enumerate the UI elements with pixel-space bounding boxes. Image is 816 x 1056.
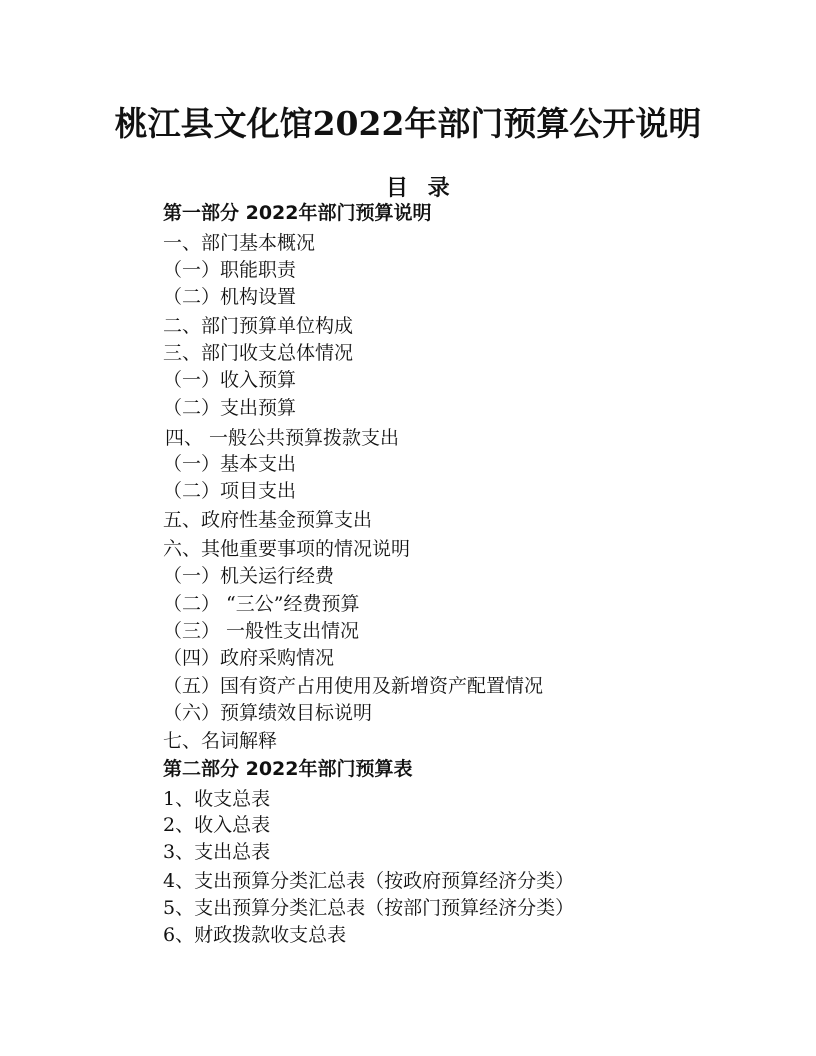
toc-entry: （一）机关运行经费 xyxy=(163,565,334,587)
toc-entry: 四、 一般公共预算拨款支出 xyxy=(165,427,399,449)
toc-part-heading: 第一部分 2022年部门预算说明 xyxy=(163,202,432,224)
toc-entry: （四）政府采购情况 xyxy=(163,647,334,669)
toc-entry: （一）收入预算 xyxy=(163,369,296,391)
toc-entry: 4、支出预算分类汇总表（按政府预算经济分类） xyxy=(163,870,574,892)
toc-entry: （三） 一般性支出情况 xyxy=(163,620,359,642)
toc-entry: 3、支出总表 xyxy=(163,841,270,863)
toc-entry: （一）基本支出 xyxy=(163,453,296,475)
toc-entry: 六、其他重要事项的情况说明 xyxy=(163,538,410,560)
toc-entry: 七、名词解释 xyxy=(163,730,277,752)
toc-heading: 目 录 xyxy=(386,171,456,202)
toc-entry: （五）国有资产占用使用及新增资产配置情况 xyxy=(163,675,543,697)
document-title: 桃江县文化馆2022年部门预算公开说明 xyxy=(0,98,816,145)
toc-entry: 五、政府性基金预算支出 xyxy=(163,509,372,531)
toc-entry: （六）预算绩效目标说明 xyxy=(163,702,372,724)
toc-entry: 三、部门收支总体情况 xyxy=(163,342,353,364)
toc-entry: 二、部门预算单位构成 xyxy=(163,315,353,337)
toc-entry: 1、收支总表 xyxy=(163,788,270,810)
toc-entry: （一）职能职责 xyxy=(163,259,296,281)
toc-entry: （二） “三公”经费预算 xyxy=(163,593,359,615)
toc-entry: 2、收入总表 xyxy=(163,814,270,836)
toc-entry: 一、部门基本概况 xyxy=(163,232,315,254)
toc-entry: 6、财政拨款收支总表 xyxy=(163,924,346,946)
toc-entry: （二）项目支出 xyxy=(163,480,296,502)
toc-entry: 5、支出预算分类汇总表（按部门预算经济分类） xyxy=(163,897,574,919)
toc-part-heading: 第二部分 2022年部门预算表 xyxy=(163,758,413,780)
toc-entry: （二）支出预算 xyxy=(163,397,296,419)
toc-entry: （二）机构设置 xyxy=(163,286,296,308)
